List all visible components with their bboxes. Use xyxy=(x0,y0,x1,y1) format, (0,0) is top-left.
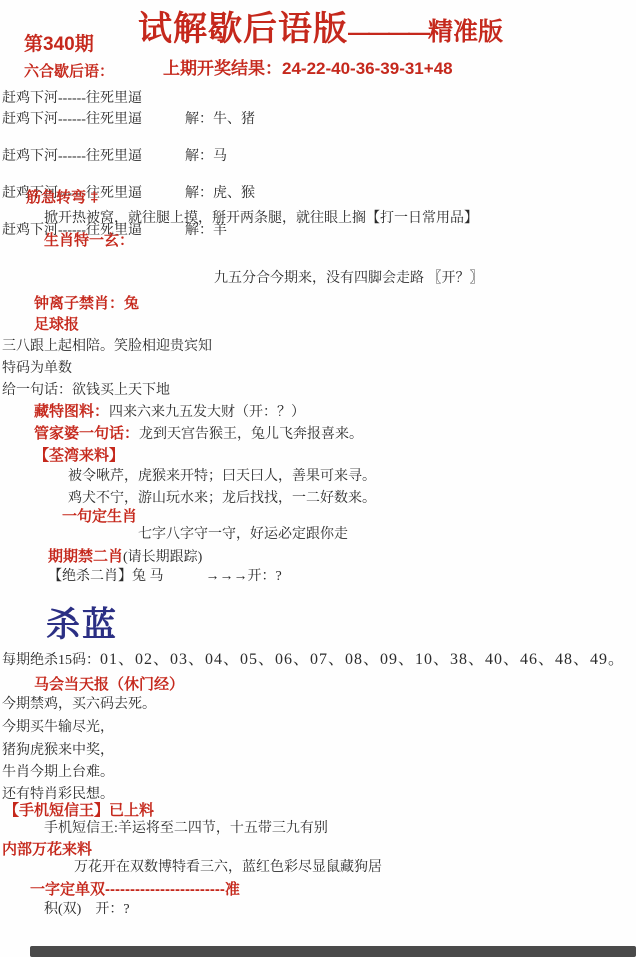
guanjiapo-text: 龙到天宫告猴王，兔儿飞奔报喜来。 xyxy=(139,427,363,442)
guanjiapo-label: 管家婆一句话： xyxy=(34,425,139,442)
poem-line: 猪狗虎猴来中奖， xyxy=(2,743,114,759)
page-title-main: 试解歇后语版 xyxy=(138,10,348,49)
last-draw-result-numbers: 24-22-40-36-39-31+48 xyxy=(282,59,453,78)
hexie-row: 赶鸡下河------往死里逼 解：牛、猪 xyxy=(2,112,402,128)
jin-erxiao-label: 期期禁二肖 xyxy=(48,548,123,565)
last-draw-result-label: 上期开奖结果： xyxy=(163,59,282,78)
zhongli-ban-line: 钟离子禁肖：兔 xyxy=(34,295,139,312)
quanwan-heading: 【荃湾来料】 xyxy=(34,447,124,464)
last-draw-result: 上期开奖结果：24-22-40-36-39-31+48 xyxy=(163,59,453,79)
jin-erxiao-line: 期期禁二肖(请长期跟踪) xyxy=(48,548,202,566)
zodiac-special-label: 生肖特一玄： xyxy=(44,232,134,249)
kill-numbers-label: 每期绝杀15码： xyxy=(2,653,100,668)
hexie-answer: 解：虎、猴 xyxy=(185,186,255,202)
tip-line-3: 给一句话：欲钱买上天下地 xyxy=(2,383,170,399)
yiju-heading: 一句定生肖 xyxy=(62,508,137,525)
page-title-edition: 精准版 xyxy=(428,18,503,47)
quanwan-line-2: 鸡犬不宁，游山玩水来；龙后找找，一二好数来。 xyxy=(68,491,376,507)
poem-line: 牛肖今期上台难。 xyxy=(2,765,114,781)
poem-line: 今期买牛输尽光， xyxy=(2,720,114,736)
football-paper-label: 足球报 xyxy=(34,316,79,333)
hexie-answer: 解：马 xyxy=(185,149,227,165)
jin-erxiao-note: (请长期跟踪) xyxy=(123,550,202,565)
wanhua-heading: 内部万花来料 xyxy=(2,841,92,858)
cangte-line: 藏特图料：四来六来九五发大财（开：？） xyxy=(34,403,305,421)
mahui-heading: 马会当天报（休门经） xyxy=(34,676,184,693)
shalan-heading: 杀蓝 xyxy=(46,606,118,645)
horizontal-scrollbar[interactable] xyxy=(30,946,636,957)
hexie-phrase: 赶鸡下河------往死里逼 xyxy=(2,149,142,164)
kill-numbers-values: 01、02、03、04、05、06、07、08、09、10、38、40、46、4… xyxy=(100,651,625,668)
danshuang-label: 一字定单双 xyxy=(30,881,105,898)
teaser-heading: 筋急转弯 ‡ xyxy=(26,189,99,206)
guanjiapo-line: 管家婆一句话：龙到天宫告猴王，兔儿飞奔报喜来。 xyxy=(34,425,363,443)
title-dash-divider: ———— xyxy=(348,20,428,45)
hexie-section-label: 六合歇后语： xyxy=(24,63,114,80)
danshuang-result: 积(双) 开：? xyxy=(44,902,130,918)
wanhua-text: 万花开在双数博特看三六，蓝红色彩尽显鼠藏狗居 xyxy=(74,860,382,876)
hexie-answer: 解：牛、猪 xyxy=(185,112,255,128)
cangte-label: 藏特图料： xyxy=(34,403,109,420)
juesha-label: 【绝杀二肖】兔 马 xyxy=(48,569,164,584)
hexie-phrase: 赶鸡下河------往死里逼 xyxy=(2,112,142,127)
quanwan-line-1: 被令啾芹，虎猴来开特；曰天曰人，善果可来寻。 xyxy=(68,469,376,485)
yiju-text: 七字八字守一守，好运必定跟你走 xyxy=(138,527,348,543)
danshuang-dashes: ------------------------ xyxy=(105,881,225,898)
teaser-riddle: 掀开热被窝，就往腿上摸，掰开两条腿，就往眼上搁【打一日常用品】 xyxy=(44,211,478,227)
sms-heading: 【手机短信王】已上料 xyxy=(4,802,154,819)
tip-line-2: 特码为单数 xyxy=(2,361,72,377)
poem-line: 今期禁鸡，买六码去死。 xyxy=(2,697,156,713)
zodiac-hint-line: 九五分合今期来，没有四脚会走路 〖开？〗 xyxy=(214,271,484,287)
juesha-erxiao-line: 【绝杀二肖】兔 马→→→开：? xyxy=(48,569,282,585)
danshuang-suffix: 准 xyxy=(225,881,240,898)
hexie-row: 赶鸡下河------往死里逼 解：马 xyxy=(2,149,402,165)
juesha-arrow: →→→开：? xyxy=(206,569,282,584)
kill-numbers-line: 每期绝杀15码：01、02、03、04、05、06、07、08、09、10、38… xyxy=(2,651,625,669)
cangte-text: 四来六来九五发大财（开：？） xyxy=(109,405,305,420)
sms-text: 手机短信王:羊运将至二四节，十五带三九有别 xyxy=(44,821,328,837)
danshuang-heading: 一字定单双------------------------准 xyxy=(30,881,240,898)
tip-sheet-page: 第340期 试解歇后语版 ———— 精准版 六合歇后语： 上期开奖结果：24-2… xyxy=(0,0,636,957)
tip-line-1: 三八跟上起相陪。笑脸相迎贵宾知 xyxy=(2,339,212,355)
hexie-intro-line: 赶鸡下河------往死里逼 xyxy=(2,91,142,107)
issue-number: 第340期 xyxy=(24,34,94,56)
page-title: 试解歇后语版 ———— 精准版 xyxy=(138,10,503,49)
poem-line: 还有特肖彩民想。 xyxy=(2,787,114,803)
